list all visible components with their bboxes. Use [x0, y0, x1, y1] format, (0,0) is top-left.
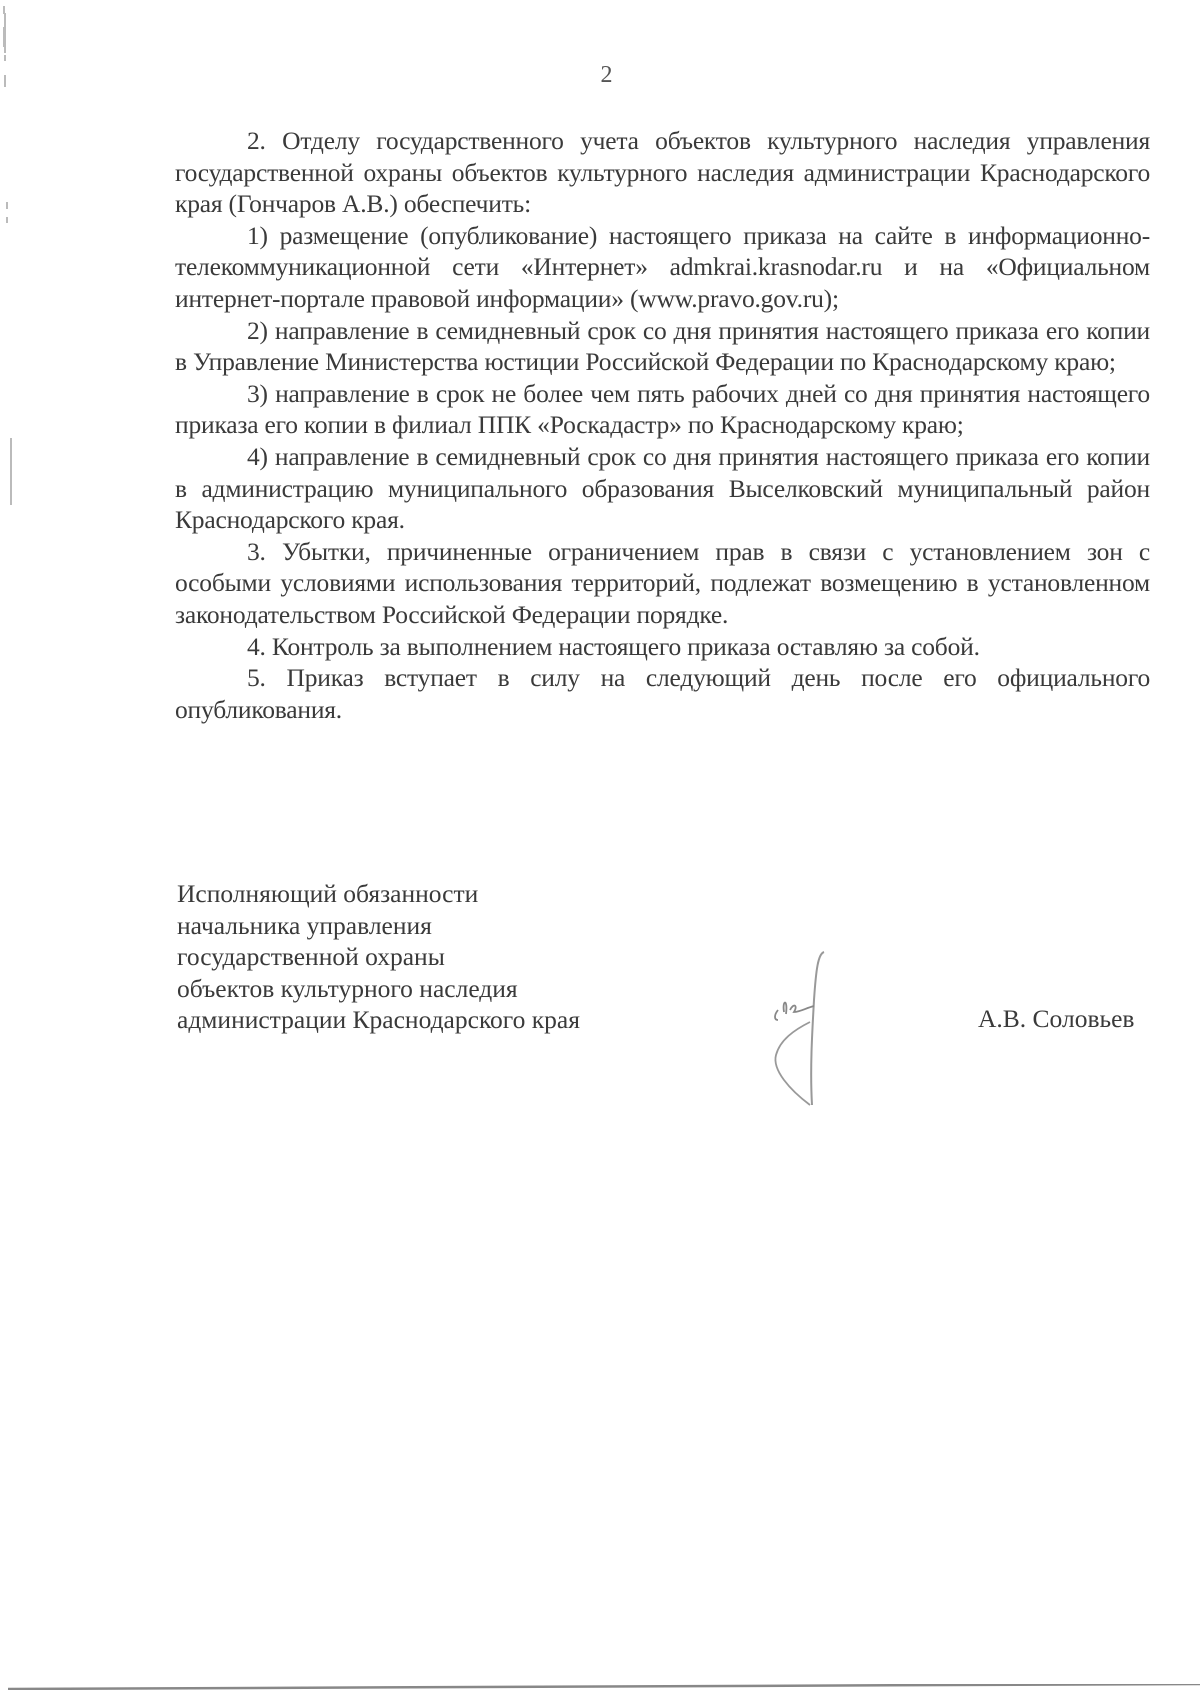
paragraph-5: 5. Приказ вступает в силу на следующий д… [175, 662, 1150, 725]
scan-edge-bottom [8, 1684, 1200, 1690]
position-line: объектов культурного наследия [177, 973, 580, 1005]
position-line: государственной охраны [177, 941, 580, 973]
paragraph-2: 2. Отделу государственного учета объекто… [175, 125, 1150, 220]
signer-name: А.В. Соловьев [978, 1004, 1134, 1034]
paragraph-2-3: 3) направление в срок не более чем пять … [175, 378, 1150, 441]
signatory-position: Исполняющий обязанности начальника управ… [177, 878, 580, 1036]
position-line: Исполняющий обязанности [177, 878, 580, 910]
paragraph-2-1: 1) размещение (опубликование) настоящего… [175, 220, 1150, 315]
paragraph-3: 3. Убытки, причиненные ограничением прав… [175, 536, 1150, 631]
paragraph-4: 4. Контроль за выполнением настоящего пр… [175, 631, 1150, 663]
page-number: 2 [0, 62, 1200, 89]
scan-edge-left [0, 0, 20, 1696]
position-line: начальника управления [177, 910, 580, 942]
handwritten-signature-icon [770, 940, 850, 1115]
paragraph-2-2: 2) направление в семидневный срок со дня… [175, 315, 1150, 378]
document-body: 2. Отделу государственного учета объекто… [175, 125, 1150, 725]
paragraph-2-4: 4) направление в семидневный срок со дня… [175, 441, 1150, 536]
position-line: администрации Краснодарского края [177, 1004, 580, 1036]
